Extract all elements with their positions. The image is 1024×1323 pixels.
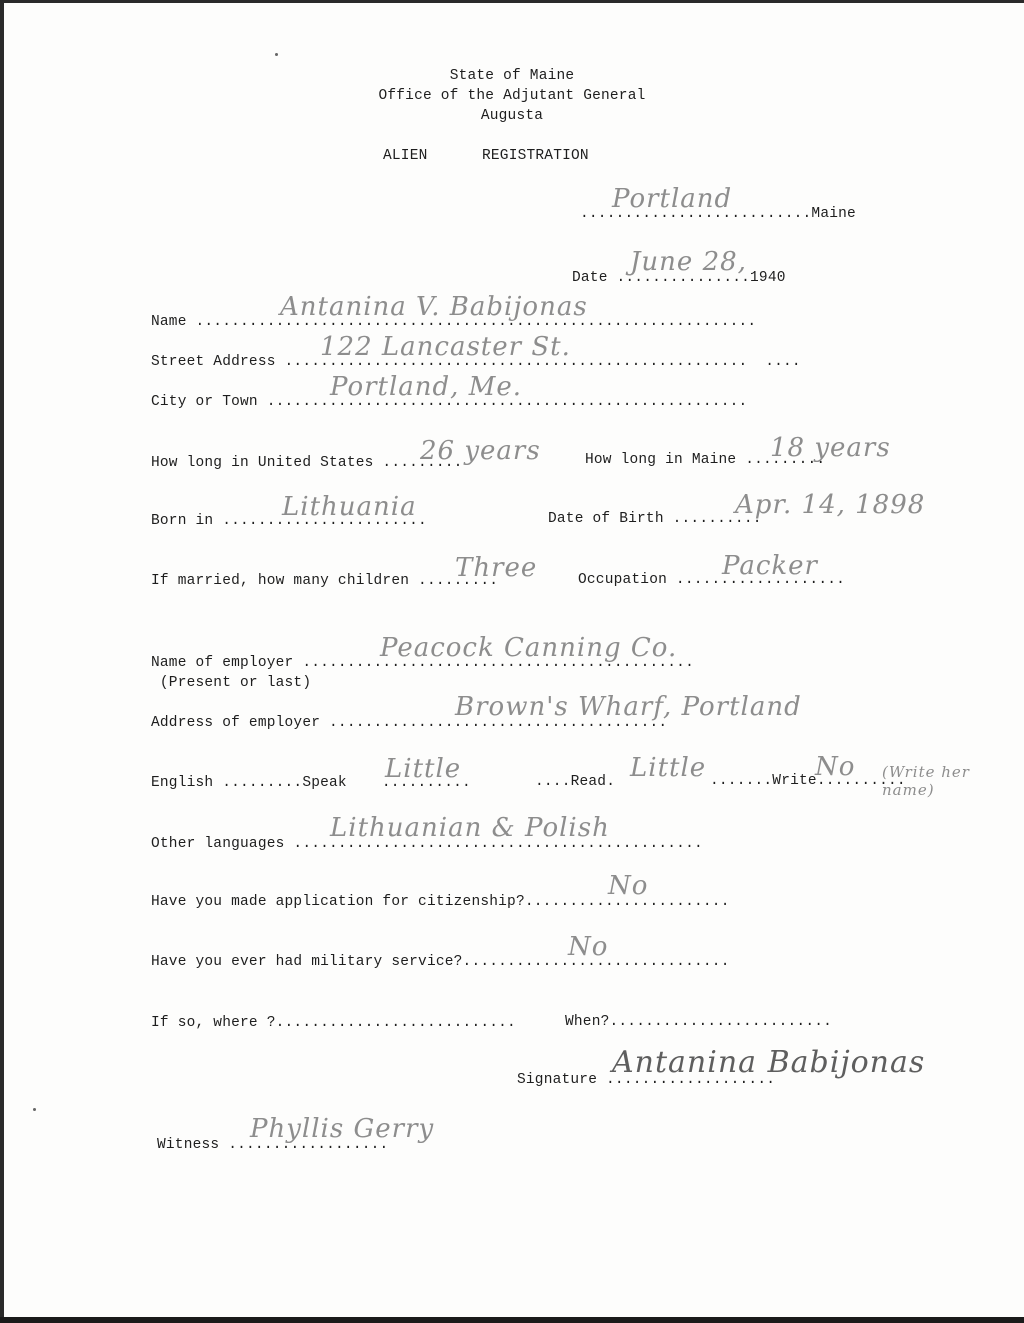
maine-duration-value[interactable]: 18 years xyxy=(770,433,891,463)
occupation-value[interactable]: Packer xyxy=(722,551,818,581)
date-value[interactable]: June 28, xyxy=(630,247,747,277)
header-office: Office of the Adjutant General xyxy=(0,88,1024,104)
read-label: ....Read. xyxy=(535,774,615,790)
place-value[interactable]: Portland xyxy=(612,184,732,214)
scan-speck xyxy=(33,1108,36,1111)
employer-address-value[interactable]: Brown's Wharf, Portland xyxy=(455,692,802,722)
city-value[interactable]: Portland, Me. xyxy=(330,372,522,402)
header-state: State of Maine xyxy=(0,68,1024,84)
where-label: If so, where ?..........................… xyxy=(151,1015,516,1031)
employer-name-value[interactable]: Peacock Canning Co. xyxy=(380,633,677,663)
military-label: Have you ever had military service?.....… xyxy=(151,954,730,970)
military-value[interactable]: No xyxy=(568,932,608,962)
dob-value[interactable]: Apr. 14, 1898 xyxy=(735,490,925,520)
other-languages-value[interactable]: Lithuanian & Polish xyxy=(330,813,610,843)
signature-value[interactable]: Antanina Babijonas xyxy=(612,1045,925,1080)
write-value[interactable]: No xyxy=(815,752,855,782)
read-value[interactable]: Little xyxy=(630,753,706,783)
english-label: English .........Speak xyxy=(151,775,347,791)
scan-border-left xyxy=(0,0,4,1323)
form-title-alien: ALIEN xyxy=(383,148,428,164)
form-title-registration: REGISTRATION xyxy=(482,148,589,164)
born-in-value[interactable]: Lithuania xyxy=(282,492,417,522)
dob-label: Date of Birth .......... xyxy=(548,511,762,527)
scan-border-top xyxy=(0,0,1024,3)
us-duration-value[interactable]: 26 years xyxy=(420,436,541,466)
children-label: If married, how many children ......... xyxy=(151,573,498,589)
header-city: Augusta xyxy=(0,108,1024,124)
when-label: When?......................... xyxy=(565,1014,832,1030)
write-label: .......Write.......... xyxy=(710,773,906,789)
speak-value[interactable]: Little xyxy=(385,754,461,784)
witness-value[interactable]: Phyllis Gerry xyxy=(250,1114,434,1144)
citizenship-value[interactable]: No xyxy=(608,871,648,901)
scan-speck xyxy=(275,53,278,56)
scan-border-bottom xyxy=(0,1317,1024,1323)
name-value[interactable]: Antanina V. Babijonas xyxy=(280,292,588,322)
employer-name-sublabel: (Present or last) xyxy=(151,675,311,691)
us-duration-label: How long in United States ......... xyxy=(151,455,463,471)
write-note: (Write her name) xyxy=(882,763,982,799)
children-value[interactable]: Three xyxy=(455,553,537,583)
street-value[interactable]: 122 Lancaster St. xyxy=(320,332,571,362)
